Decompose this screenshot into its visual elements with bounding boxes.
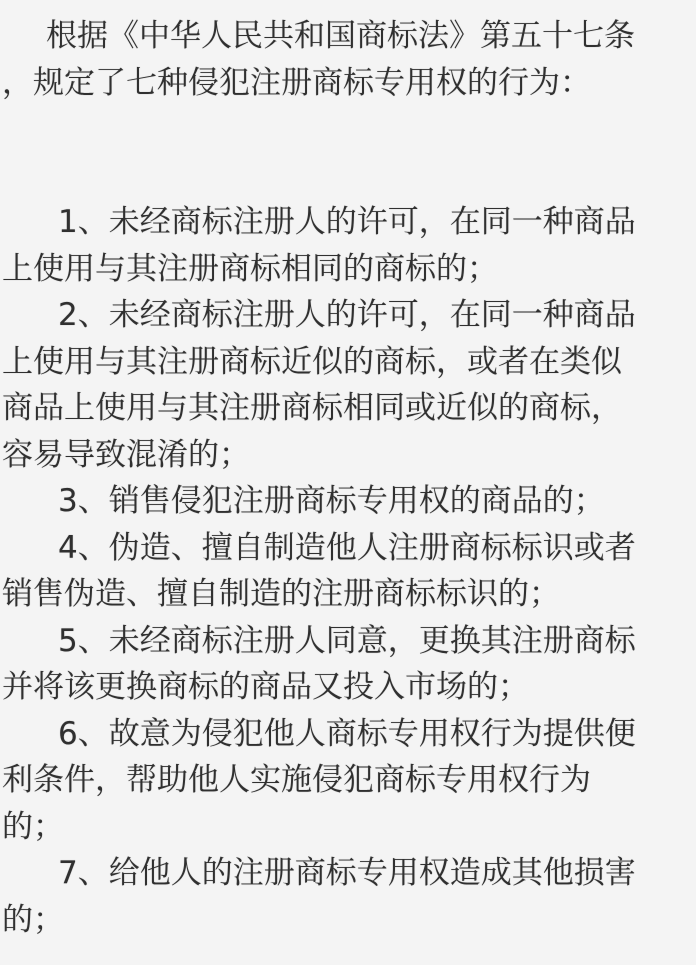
item-1-line-1: 1、未经商标注册人的许可，在同一种商品	[2, 199, 694, 246]
item-1-paragraph: 1、未经商标注册人的许可，在同一种商品 上使用与其注册商标相同的商标的；	[2, 199, 694, 292]
item-2-line-1: 2、未经商标注册人的许可，在同一种商品	[2, 292, 694, 339]
item-4-line-1: 4、伪造、擅自制造他人注册商标标识或者	[2, 525, 694, 572]
item-2-line-4: 容易导致混淆的；	[2, 432, 694, 479]
item-6-line-2: 利条件，帮助他人实施侵犯商标专用权行为	[2, 757, 694, 804]
item-3-line-1: 3、销售侵犯注册商标专用权的商品的；	[2, 478, 694, 525]
intro-line-2: ，规定了七种侵犯注册商标专用权的行为：	[2, 60, 694, 107]
item-5-line-1: 5、未经商标注册人同意，更换其注册商标	[2, 618, 694, 665]
item-2-line-2: 上使用与其注册商标近似的商标，或者在类似	[2, 339, 694, 386]
document-body: 根据《中华人民共和国商标法》第五十七条 ，规定了七种侵犯注册商标专用权的行为： …	[0, 0, 696, 943]
item-7-paragraph: 7、给他人的注册商标专用权造成其他损害 的；	[2, 850, 694, 943]
item-3-paragraph: 3、销售侵犯注册商标专用权的商品的；	[2, 478, 694, 525]
item-4-line-2: 销售伪造、擅自制造的注册商标标识的；	[2, 571, 694, 618]
item-6-line-3: 的；	[2, 804, 694, 851]
item-7-line-2: 的；	[2, 897, 694, 944]
document-page: 根据《中华人民共和国商标法》第五十七条 ，规定了七种侵犯注册商标专用权的行为： …	[0, 0, 696, 965]
item-5-line-2: 并将该更换商标的商品又投入市场的；	[2, 664, 694, 711]
item-2-line-3: 商品上使用与其注册商标相同或近似的商标，	[2, 385, 694, 432]
item-1-line-2: 上使用与其注册商标相同的商标的；	[2, 246, 694, 293]
item-2-paragraph: 2、未经商标注册人的许可，在同一种商品 上使用与其注册商标近似的商标，或者在类似…	[2, 292, 694, 478]
item-4-paragraph: 4、伪造、擅自制造他人注册商标标识或者 销售伪造、擅自制造的注册商标标识的；	[2, 525, 694, 618]
item-7-line-1: 7、给他人的注册商标专用权造成其他损害	[2, 850, 694, 897]
item-5-paragraph: 5、未经商标注册人同意，更换其注册商标 并将该更换商标的商品又投入市场的；	[2, 618, 694, 711]
intro-paragraph: 根据《中华人民共和国商标法》第五十七条 ，规定了七种侵犯注册商标专用权的行为：	[2, 13, 694, 106]
item-6-line-1: 6、故意为侵犯他人商标专用权行为提供便	[2, 711, 694, 758]
intro-line-1: 根据《中华人民共和国商标法》第五十七条	[2, 13, 694, 60]
item-6-paragraph: 6、故意为侵犯他人商标专用权行为提供便 利条件，帮助他人实施侵犯商标专用权行为 …	[2, 711, 694, 851]
